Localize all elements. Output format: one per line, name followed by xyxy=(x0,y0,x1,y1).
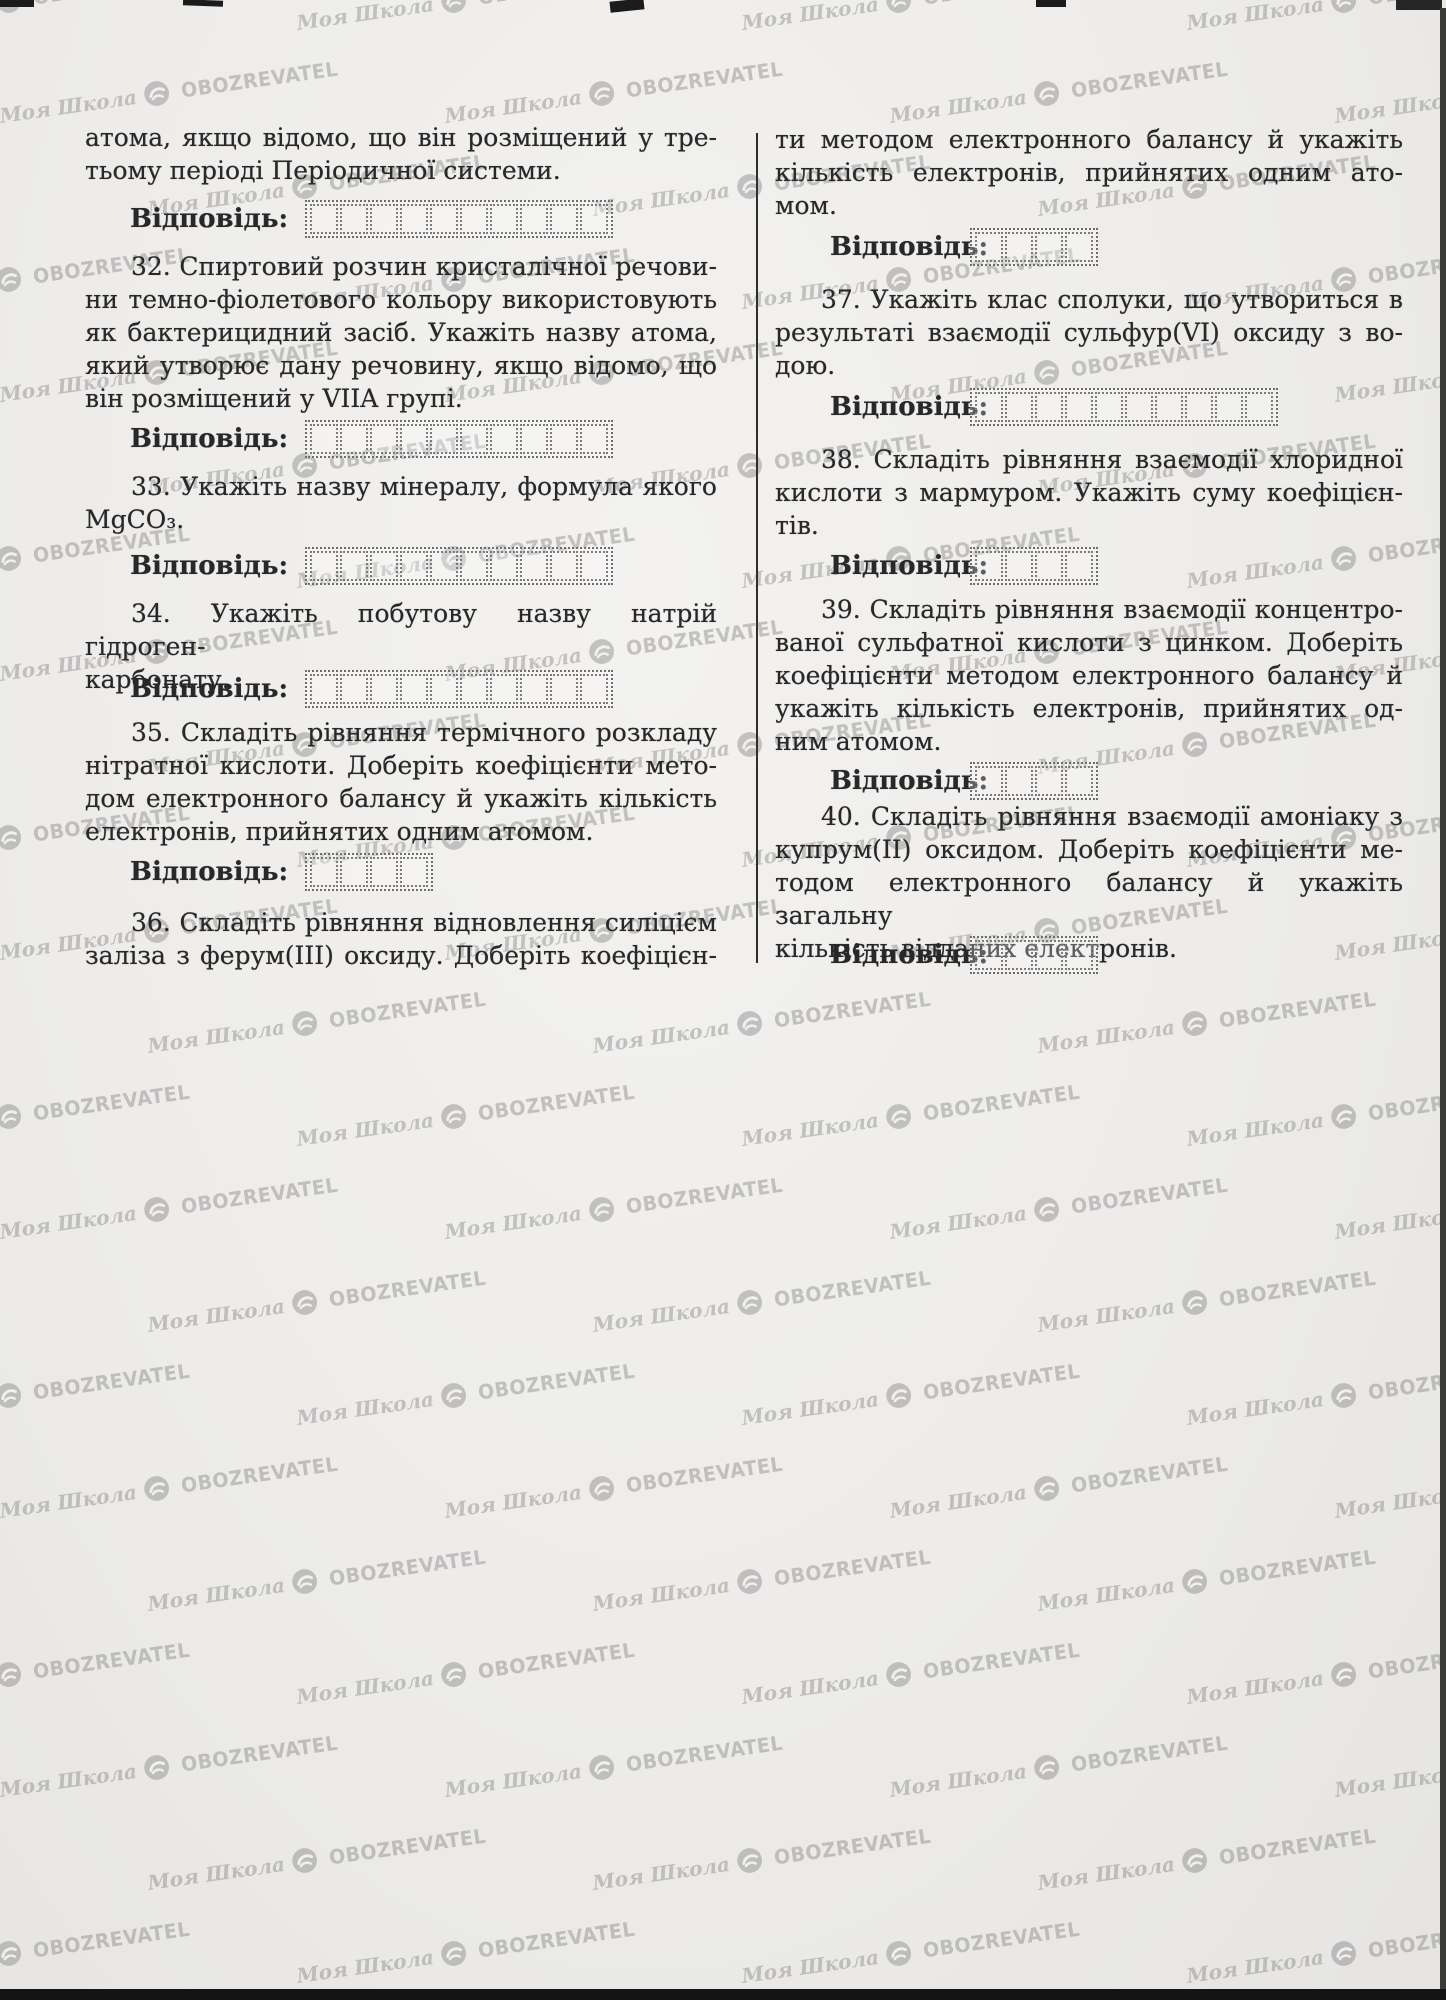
text-line: 38. Складіть рівняння взаємодії хлоридно… xyxy=(775,443,1403,476)
answer-cell xyxy=(1035,940,1063,970)
answer-cell xyxy=(430,204,458,234)
text-line: атома, якщо відомо, що він розміщений у … xyxy=(85,121,717,154)
page-edge-bottom-shadow xyxy=(0,1989,1446,2000)
answer-row-37: Відповідь: xyxy=(775,386,1446,428)
answer-cell xyxy=(370,204,398,234)
text-line: укажіть кількість електронів, прийнятих … xyxy=(775,692,1403,725)
answer-cell xyxy=(310,204,338,234)
answer-cell xyxy=(580,551,608,581)
left-column: атома, якщо відомо, що він розміщений у … xyxy=(85,0,717,2000)
answer-cell xyxy=(310,551,338,581)
answer-row-32: Відповідь: xyxy=(85,418,762,460)
answer-cell xyxy=(490,204,518,234)
text-line: дою. xyxy=(775,349,1403,382)
answer-cell xyxy=(400,857,428,887)
answer-label: Відповідь: xyxy=(830,232,970,262)
answer-cell xyxy=(520,674,548,704)
answer-cell xyxy=(430,551,458,581)
question-32-text: 32. Спиртовий розчин кристалічної речови… xyxy=(85,250,717,415)
answer-cell xyxy=(370,857,398,887)
text-line: кількість електронів, прийнятих одним ат… xyxy=(775,156,1403,189)
answer-cell xyxy=(1035,392,1063,422)
answer-label: Відповідь: xyxy=(130,551,305,581)
answer-row-35: Відповідь: xyxy=(85,851,762,893)
answer-cell xyxy=(1065,392,1093,422)
answer-cell xyxy=(975,392,1003,422)
answer-box-35 xyxy=(305,853,433,891)
answer-cell xyxy=(1005,551,1033,581)
answer-cell xyxy=(1065,551,1093,581)
answer-label: Відповідь: xyxy=(830,766,970,796)
answer-cell xyxy=(550,674,578,704)
answer-cell xyxy=(400,551,428,581)
answer-cell xyxy=(460,204,488,234)
text-line: тодом електронного балансу й укажіть заг… xyxy=(775,866,1403,932)
question-39-text: 39. Складіть рівняння взаємодії концентр… xyxy=(775,593,1403,758)
text-line: 35. Складіть рівняння термічного розклад… xyxy=(85,716,717,749)
answer-label: Відповідь: xyxy=(130,204,305,234)
question-36-text-left-part: 36. Складіть рівняння відновлення силіці… xyxy=(85,906,717,972)
question-37-text: 37. Укажіть клас сполуки, що утвориться … xyxy=(775,283,1403,382)
answer-cell xyxy=(580,674,608,704)
answer-cell xyxy=(490,674,518,704)
obozrevatel-logo-icon xyxy=(735,1008,765,1038)
text-line: як бактерицидний засіб. Укажіть назву ат… xyxy=(85,316,717,349)
answer-cell xyxy=(370,551,398,581)
answer-cell xyxy=(1005,232,1033,262)
obozrevatel-logo-icon xyxy=(0,543,24,573)
answer-cell xyxy=(550,551,578,581)
obozrevatel-logo-icon xyxy=(735,1566,765,1596)
answer-cell xyxy=(1185,392,1213,422)
column-divider-rule xyxy=(756,133,758,963)
text-line: тьому періоді Періодичної системи. xyxy=(85,154,717,187)
obozrevatel-logo-icon xyxy=(735,1845,765,1875)
answer-cell xyxy=(490,424,518,454)
answer-cell xyxy=(1065,940,1093,970)
obozrevatel-logo-icon xyxy=(0,1380,24,1410)
answer-row-34: Відповідь: xyxy=(85,668,762,710)
answer-cell xyxy=(310,857,338,887)
answer-cell xyxy=(520,424,548,454)
answer-cell xyxy=(550,204,578,234)
answer-cell xyxy=(400,204,428,234)
obozrevatel-logo-icon xyxy=(0,822,24,852)
text-line: дом електронного балансу й укажіть кільк… xyxy=(85,782,717,815)
text-line: результаті взаємодії сульфур(VI) оксиду … xyxy=(775,316,1403,349)
answer-box-32 xyxy=(305,420,613,458)
answer-label: Відповідь: xyxy=(130,857,305,887)
answer-cell xyxy=(460,674,488,704)
answer-cell xyxy=(460,424,488,454)
answer-box-37 xyxy=(970,388,1278,426)
answer-label: Відповідь: xyxy=(130,424,305,454)
answer-cell xyxy=(340,674,368,704)
answer-cell xyxy=(1065,766,1093,796)
answer-cell xyxy=(1125,392,1153,422)
question-33-text: 33. Укажіть назву мінералу, формула яког… xyxy=(85,470,717,536)
answer-row-40: Відповідь: xyxy=(775,934,1446,976)
answer-cell xyxy=(340,424,368,454)
answer-cell xyxy=(975,232,1003,262)
answer-cell xyxy=(490,551,518,581)
answer-label: Відповідь: xyxy=(830,940,970,970)
text-line: нітратної кислоти. Доберіть коефіцієнти … xyxy=(85,749,717,782)
obozrevatel-logo-icon xyxy=(0,1101,24,1131)
answer-row-39: Відповідь: xyxy=(775,760,1446,802)
answer-cell xyxy=(1035,232,1063,262)
obozrevatel-logo-icon xyxy=(735,1287,765,1317)
text-line: 39. Складіть рівняння взаємодії концентр… xyxy=(775,593,1403,626)
scan-artifact-mark xyxy=(1036,0,1066,7)
text-line: заліза з ферум(III) оксиду. Доберіть кое… xyxy=(85,939,717,972)
answer-cell xyxy=(1005,392,1033,422)
answer-cell xyxy=(1095,392,1123,422)
answer-cell xyxy=(975,940,1003,970)
text-line: ти методом електронного балансу й укажіт… xyxy=(775,123,1403,156)
answer-cell xyxy=(550,424,578,454)
answer-cell xyxy=(1245,392,1273,422)
answer-label: Відповідь: xyxy=(130,674,305,704)
text-line: купрум(II) оксидом. Доберіть коефіцієнти… xyxy=(775,833,1403,866)
answer-label: Відповідь: xyxy=(830,392,970,422)
text-line: який утворює дану речовину, якщо відомо,… xyxy=(85,349,717,382)
scanned-textbook-page: Моя ШколаOBOZREVATELМоя ШколаOBOZREVATEL… xyxy=(0,0,1446,2000)
answer-box-39 xyxy=(970,762,1098,800)
page-edge-right-shadow xyxy=(1440,8,1446,2000)
answer-box-38 xyxy=(970,547,1098,585)
question-38-text: 38. Складіть рівняння взаємодії хлоридно… xyxy=(775,443,1403,542)
text-line: 40. Складіть рівняння взаємодії амоніаку… xyxy=(775,800,1403,833)
text-line: 36. Складіть рівняння відновлення силіці… xyxy=(85,906,717,939)
text-line: коефіцієнти методом електронного балансу… xyxy=(775,659,1403,692)
text-line: мом. xyxy=(775,189,1403,222)
answer-cell xyxy=(1035,766,1063,796)
answer-cell xyxy=(1035,551,1063,581)
answer-cell xyxy=(580,424,608,454)
answer-cell xyxy=(340,204,368,234)
text-line: MgCO₃. xyxy=(85,503,717,536)
answer-cell xyxy=(1155,392,1183,422)
text-line: ним атомом. xyxy=(775,725,1403,758)
answer-cell xyxy=(310,674,338,704)
question-31-continuation-text: атома, якщо відомо, що він розміщений у … xyxy=(85,121,717,187)
answer-cell xyxy=(310,424,338,454)
answer-cell xyxy=(430,674,458,704)
text-line: 32. Спиртовий розчин кристалічної речови… xyxy=(85,250,717,283)
answer-cell xyxy=(340,857,368,887)
scan-artifact-mark xyxy=(0,0,34,7)
answer-cell xyxy=(460,551,488,581)
answer-cell xyxy=(975,766,1003,796)
answer-box-33 xyxy=(305,547,613,585)
answer-row-38: Відповідь: xyxy=(775,545,1446,587)
right-column: ти методом електронного балансу й укажіт… xyxy=(775,0,1403,2000)
text-line: 37. Укажіть клас сполуки, що утвориться … xyxy=(775,283,1403,316)
answer-label: Відповідь: xyxy=(830,551,970,581)
scan-artifact-mark xyxy=(1396,0,1442,10)
answer-cell xyxy=(370,424,398,454)
obozrevatel-logo-icon xyxy=(735,729,765,759)
answer-cell xyxy=(1005,766,1033,796)
text-line: ни темно-фіолетового кольору використову… xyxy=(85,283,717,316)
text-line: електронів, прийнятих одним атомом. xyxy=(85,815,717,848)
text-line: тів. xyxy=(775,509,1403,542)
answer-cell xyxy=(430,424,458,454)
answer-cell xyxy=(400,424,428,454)
answer-cell xyxy=(520,551,548,581)
text-line: кислоти з мармуром. Укажіть суму коефіці… xyxy=(775,476,1403,509)
obozrevatel-logo-icon xyxy=(0,264,24,294)
answer-cell xyxy=(1065,232,1093,262)
answer-cell xyxy=(400,674,428,704)
answer-cell xyxy=(340,551,368,581)
question-35-text: 35. Складіть рівняння термічного розклад… xyxy=(85,716,717,848)
obozrevatel-logo-icon xyxy=(0,1659,24,1689)
answer-cell xyxy=(370,674,398,704)
question-36-text-right-part: ти методом електронного балансу й укажіт… xyxy=(775,123,1403,222)
answer-cell xyxy=(520,204,548,234)
obozrevatel-logo-icon xyxy=(0,1938,24,1968)
text-line: ваної сульфатної кислоти з цинком. Добер… xyxy=(775,626,1403,659)
answer-box-40 xyxy=(970,936,1098,974)
answer-row-36: Відповідь: xyxy=(775,226,1446,268)
answer-box-31 xyxy=(305,200,613,238)
answer-cell xyxy=(580,204,608,234)
answer-box-36 xyxy=(970,228,1098,266)
text-line: 34. Укажіть побутову назву натрій гідрог… xyxy=(85,597,717,663)
text-line: 33. Укажіть назву мінералу, формула яког… xyxy=(85,470,717,503)
answer-box-34 xyxy=(305,670,613,708)
answer-cell xyxy=(1215,392,1243,422)
answer-row-33: Відповідь: xyxy=(85,545,762,587)
answer-row-31: Відповідь: xyxy=(85,198,762,240)
answer-cell xyxy=(975,551,1003,581)
answer-cell xyxy=(1005,940,1033,970)
text-line: він розміщений у VIIA групі. xyxy=(85,382,717,415)
